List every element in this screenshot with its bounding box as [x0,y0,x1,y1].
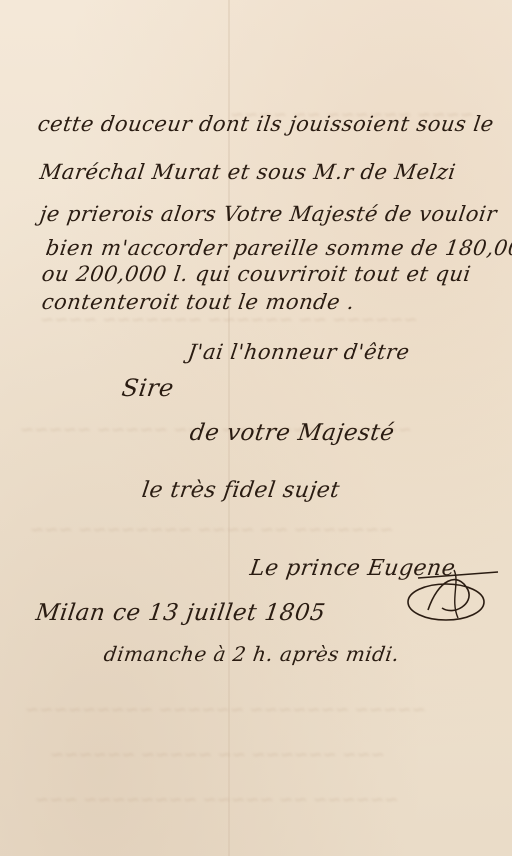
body-line-1: cette douceur dont ils jouissoient sous … [36,112,495,136]
bleed-through-text: ~~~~~~ ~~ ~~~~~ ~~~~~~~~ ~~~ [35,790,398,810]
body-line-4: bien m'accorder pareille somme de 180,00… [44,236,512,260]
bleed-through-text: ~~~~~ ~~~~~~~ ~~~~~~ ~~~~~~~~~ [25,700,426,720]
body-line-6: contenteroit tout le monde . [40,290,356,314]
signature-flourish-icon [398,560,504,624]
closing-sujet: le très fidel sujet [140,478,341,503]
bleed-through-text: ~~~ ~~~~~~ ~~ ~~~~~ ~~~~~~ [50,745,385,765]
body-line-2: Maréchal Murat et sous M.r de Melzi [38,160,457,184]
closing-sire: Sire [120,374,176,402]
dateline-place-date: Milan ce 13 juillet 1805 [34,600,327,626]
letter-page: ~~~~ ~~~~~~ ~~ ~~~~ ~~~~~~ ~~ ~~~~~~ ~~~… [0,0,512,856]
bleed-through-text: ~~~~~~~ ~~ ~~~~ ~~~~~~~~ ~~~ [30,520,393,540]
closing-majeste: de votre Majesté [188,420,396,446]
closing-honneur: J'ai l'honneur d'être [186,340,411,364]
dateline-day-time: dimanche à 2 h. après midi. [102,642,401,666]
body-line-3: je prierois alors Votre Majesté de voulo… [38,202,498,226]
body-line-5: ou 200,000 l. qui couvriroit tout et qui [40,262,472,286]
